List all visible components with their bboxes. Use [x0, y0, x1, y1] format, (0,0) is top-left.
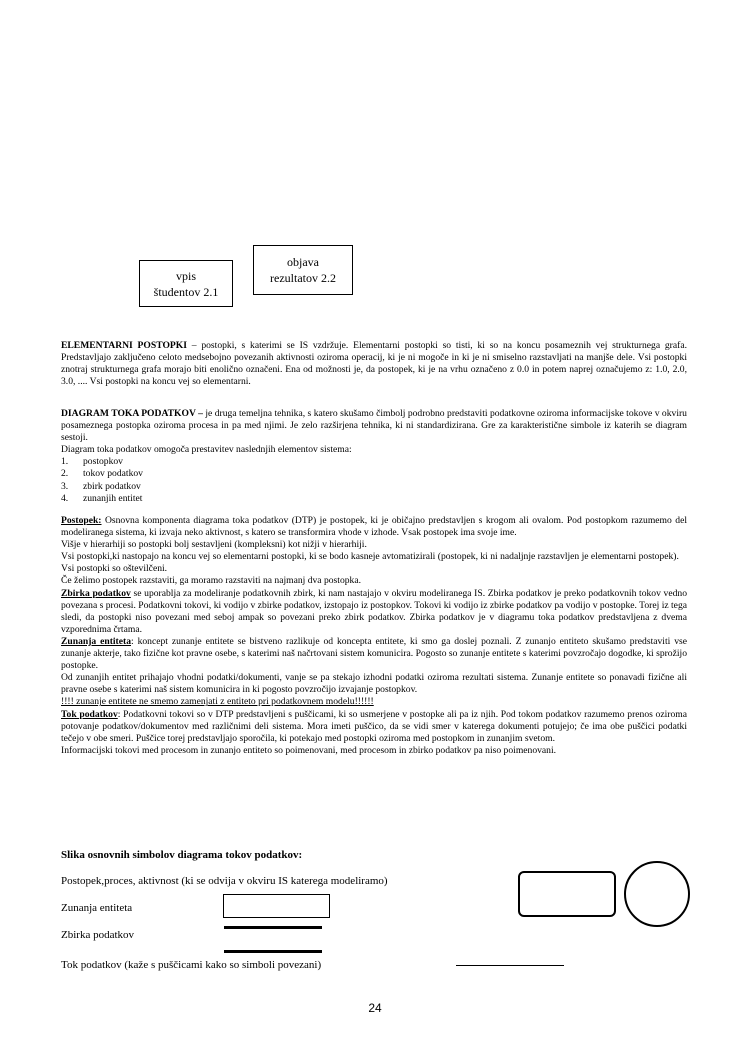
term-tok-podatkov: Tok podatkov [61, 709, 118, 720]
box-line: študentov 2.1 [154, 284, 219, 300]
term-zunanja-entiteta: Zunanja entiteta [61, 636, 131, 647]
paragraph: DIAGRAM TOKA PODATKOV – je druga temeljn… [61, 408, 687, 444]
section-elementarni-postopki: ELEMENTARNI POSTOPKI – postopki, s kater… [61, 340, 687, 388]
paragraph: ELEMENTARNI POSTOPKI – postopki, s kater… [61, 340, 687, 388]
paragraph-tok: Tok podatkov: Podatkovni tokovi so v DTP… [61, 709, 687, 745]
section-diagram-toka-podatkov: DIAGRAM TOKA PODATKOV – je druga temeljn… [61, 408, 687, 505]
paragraph-postopek: Postopek: Osnovna komponenta diagrama to… [61, 515, 687, 539]
list-item: 2.tokov podatkov [61, 468, 687, 480]
box-line: vpis [176, 268, 196, 284]
paragraph-vsi-postopki: Vsi postopki,ki nastopajo na koncu vej s… [61, 551, 687, 575]
process-box-objava-rezultatov: objava rezultatov 2.2 [253, 245, 353, 295]
term-postopek: Postopek: [61, 515, 102, 526]
page-number: 24 [0, 1001, 750, 1015]
box-line: rezultatov 2.2 [270, 270, 336, 286]
paragraph-hierarhija: Višje v hierarhiji so postopki bolj sest… [61, 539, 687, 551]
process-box-vpis-studentov: vpis študentov 2.1 [139, 260, 233, 307]
element-list: 1.postopkov 2.tokov podatkov 3.zbirk pod… [61, 456, 687, 504]
paragraph-zbirka: Zbirka podatkov se uporablja za modelira… [61, 588, 687, 636]
warning-note: !!!! zunanje entitete ne smemo zamenjati… [61, 696, 687, 708]
paragraph-od-zunanjih: Od zunanjih entitet prihajajo vhodni pod… [61, 672, 687, 696]
process-circle-icon [624, 861, 690, 927]
paragraph-informacijski: Informacijski tokovi med procesom in zun… [61, 745, 687, 757]
paragraph-zunanja: Zunanja entiteta: koncept zunanje entite… [61, 636, 687, 672]
term-zbirka-podatkov: Zbirka podatkov [61, 588, 131, 599]
section-component-definitions: Postopek: Osnovna komponenta diagrama to… [61, 515, 687, 757]
list-item: 1.postopkov [61, 456, 687, 468]
legend-title: Slika osnovnih simbolov diagrama tokov p… [61, 849, 302, 861]
section-heading: ELEMENTARNI POSTOPKI [61, 340, 187, 351]
process-rounded-rect-icon [518, 871, 616, 917]
list-intro: Diagram toka podatkov omogoča prestavite… [61, 444, 687, 456]
legend-label-postopek: Postopek,proces, aktivnost (ki se odvija… [61, 875, 388, 887]
list-item: 3.zbirk podatkov [61, 481, 687, 493]
box-line: objava [287, 254, 319, 270]
legend-label-zbirka-podatkov: Zbirka podatkov [61, 929, 134, 941]
data-store-top-line-icon [224, 926, 322, 929]
data-store-bottom-line-icon [224, 950, 322, 953]
legend-label-zunanja-entiteta: Zunanja entiteta [61, 902, 132, 914]
legend-label-tok-podatkov: Tok podatkov (kaže s puščicami kako so s… [61, 959, 321, 971]
data-flow-line-icon [456, 965, 564, 966]
external-entity-rectangle-icon [223, 894, 330, 918]
list-item: 4.zunanjih entitet [61, 493, 687, 505]
paragraph-razstaviti: Če želimo postopek razstaviti, ga moramo… [61, 575, 687, 587]
section-heading: DIAGRAM TOKA PODATKOV – [61, 408, 203, 419]
